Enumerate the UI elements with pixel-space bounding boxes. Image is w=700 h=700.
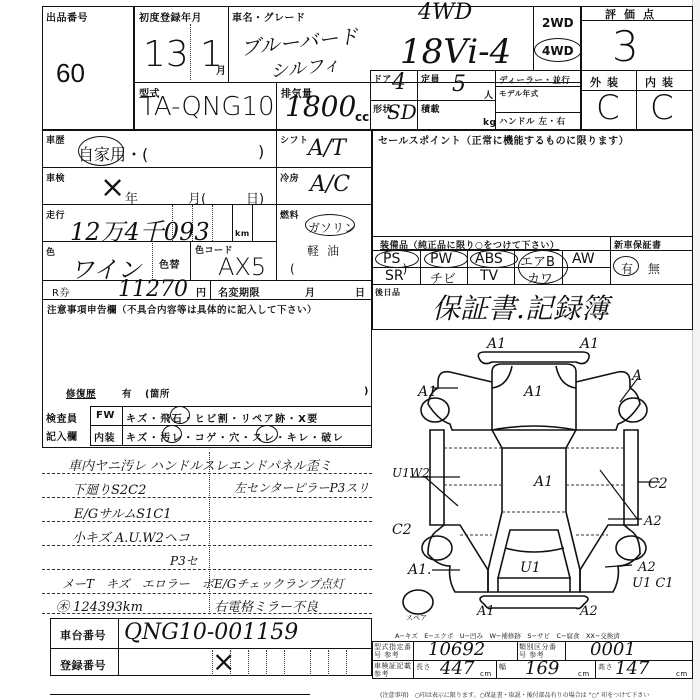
divider (495, 112, 580, 113)
height-label: 高さ (598, 662, 613, 672)
divider (248, 650, 249, 676)
remark-left-6: メーT キズ エロラー ボ (62, 575, 214, 592)
displacement-value: 1800 (285, 90, 356, 123)
divider (310, 650, 311, 676)
divider (372, 236, 693, 237)
length-value: 447 (440, 658, 474, 679)
divider (190, 24, 191, 80)
name-change-day: 日 (355, 284, 366, 299)
repaint-label: 色替 (159, 256, 180, 271)
recycle-label: R券 (52, 284, 70, 299)
name-change-month: 月 (305, 284, 316, 299)
displacement-unit: cc (355, 110, 369, 124)
divider (50, 648, 372, 649)
divider (284, 650, 285, 676)
sales-point-label: セールスポイント（正常に機能するものに限ります） (378, 132, 629, 147)
divider (230, 650, 231, 676)
interior-scuff-circle (256, 425, 278, 443)
warranty-yes-circle (613, 256, 639, 276)
notes-label: 注意事項申告欄（不具合内容等は具体的に記入して下さい） (47, 302, 317, 316)
divider (42, 241, 276, 242)
shift-label: シフト (280, 133, 309, 146)
equip-aw: AW (572, 251, 595, 267)
chassis-value: QNG10-001159 (124, 620, 298, 645)
remark-right-6: E/Gチェックランプ点灯 (214, 575, 344, 592)
width-value: 169 (525, 658, 559, 679)
divider (533, 6, 534, 70)
remark-left-1: 車内ヤニ汚レ ハンドルスレ (68, 455, 228, 474)
divider (565, 641, 566, 660)
divider (276, 82, 277, 130)
dims-label: 車検証記載 参考 (374, 662, 412, 678)
damage-rear-bumper-right: A2 (580, 604, 598, 619)
history-circle (78, 136, 124, 166)
remark-right-2: 左センターピラーP3スリ (234, 479, 369, 496)
damage-trunk: U1 (520, 560, 541, 576)
damage-rear-bumper-left: A1 (477, 604, 495, 619)
divider (417, 70, 418, 130)
handle-label: ハンドル 左・右 (499, 115, 565, 127)
fw-label: FW (96, 410, 115, 421)
fw-items: キズ・飛石・ヒビ割・リペア跡・X要 (126, 410, 319, 425)
height-value: 147 (615, 658, 649, 679)
registration-value: × (212, 645, 235, 678)
divider (133, 6, 135, 130)
damage-right-rear-door: A2 (644, 514, 662, 529)
height-unit: cm (676, 670, 688, 678)
divider (190, 241, 191, 280)
load-unit: kg (483, 118, 496, 128)
damage-right-front-fender: A (632, 368, 642, 384)
remark-left-7: ㊍ 124393km (56, 596, 143, 615)
mileage-label: 走行 (46, 208, 65, 221)
divider (346, 650, 347, 676)
model-year-label: モデル年式 (499, 89, 559, 98)
divider (252, 205, 253, 241)
interior-dirt-circle (162, 425, 182, 443)
scan-edge (692, 0, 700, 700)
warranty-no: 無 (648, 260, 660, 277)
equip-sr: SR (385, 268, 404, 284)
width-unit: cm (578, 670, 590, 678)
history-close: ) (258, 142, 264, 161)
inspector-label-2: 記入欄 (46, 428, 78, 443)
divider (90, 425, 372, 426)
capacity-unit: 人 (484, 88, 494, 101)
inspection-label: 車検 (46, 171, 65, 184)
exterior-grade: C (596, 88, 620, 128)
equip-ps-circle (375, 250, 419, 268)
remark-left-2: 下廻りS2C2 (72, 479, 146, 498)
drive-note: 4WD (418, 0, 472, 25)
divider (276, 130, 277, 280)
divider (152, 241, 153, 280)
color-code-value: AX5 (218, 253, 266, 281)
capacity-value: 5 (452, 72, 466, 97)
dealer-label: ディーラー・並行 (499, 74, 570, 86)
vehicle-grade: 18Vi-4 (400, 32, 511, 72)
divider (42, 299, 372, 300)
drive-2wd: 2WD (542, 16, 574, 30)
damage-left-rocker: C2 (392, 522, 412, 538)
divider (42, 593, 372, 594)
spare-label: スペア (406, 613, 427, 623)
divider (232, 205, 233, 241)
doors-value: 4 (392, 70, 406, 95)
remark-right-1: エンドパネル歪ミ (228, 455, 332, 474)
divider (517, 641, 518, 660)
divider (420, 250, 421, 284)
width-label: 幅 (499, 662, 507, 672)
repair-history-label: 修復歴 (66, 386, 96, 400)
divider (122, 406, 123, 446)
recycle-unit: 円 (196, 284, 207, 299)
divider (42, 167, 372, 168)
damage-right-quarter-2: U1 C1 (632, 576, 674, 591)
score-label: 評価点 (605, 6, 662, 22)
score-value: 3 (612, 22, 639, 71)
accessories-label: 後日品 (375, 287, 401, 298)
divider (212, 650, 213, 676)
repair-location-label: (箇所 (145, 386, 170, 400)
load-label: 積載 (421, 102, 440, 115)
damage-hood: A1 (524, 384, 543, 400)
length-unit: cm (480, 670, 492, 678)
divider (118, 618, 119, 676)
divider (495, 86, 580, 87)
doors-label: ドア (373, 72, 392, 85)
type-cert-value: 10692 (428, 639, 485, 660)
divider (580, 6, 582, 130)
inspection-value: × (100, 170, 125, 205)
registration-label: 登録番号 (60, 657, 106, 673)
damage-left-quarter: A1. (408, 562, 431, 578)
divider (467, 250, 468, 284)
divider (228, 6, 229, 82)
model-code-value: TA-QNG10 (140, 92, 275, 122)
drive-4wd-circle (534, 38, 582, 62)
body-shape-value: SD (387, 100, 417, 124)
aircon-value: A/C (310, 172, 350, 197)
month-unit: 月 (216, 62, 227, 77)
divider (210, 280, 211, 299)
accessories-value: 保証書.記録簿 (432, 287, 609, 327)
divider (413, 641, 414, 679)
registration-year: 13 (143, 34, 189, 75)
mileage-unit: km (235, 229, 250, 238)
divider (372, 284, 693, 285)
damage-right-quarter: A2 (638, 560, 656, 575)
lot-label: 出品番号 (46, 9, 88, 24)
divider (610, 236, 611, 284)
chassis-label: 車台番号 (60, 627, 106, 643)
lot-number: 60 (56, 58, 85, 89)
equip-tv: TV (480, 268, 498, 284)
damage-left-front-fender: A1 (418, 384, 437, 400)
divider (595, 660, 596, 679)
interior-items-label: 内装 (94, 429, 115, 444)
length-label: 長さ (416, 662, 431, 672)
class-code-value: 0001 (590, 639, 636, 660)
divider (42, 569, 372, 570)
fuel-gasoline-circle (305, 214, 355, 236)
equip-airbag-leather-circle (518, 250, 568, 284)
fuel-label: 燃料 (280, 208, 299, 221)
footer-note: (注意事項) ○印は表示に限ります。○保証書・取説・後付部品有りの場合は "○"… (380, 690, 649, 699)
interior-grade: C (650, 88, 674, 128)
type-cert-label: 型式指定番号 参考 (374, 643, 412, 659)
repair-location-close: ) (364, 386, 369, 397)
first-registration-label: 初度登録年月 (139, 9, 202, 24)
damage-front-bumper-left: A1 (487, 336, 506, 352)
inspector-label-1: 検査員 (46, 410, 78, 425)
divider (266, 650, 267, 676)
remark-left-4: 小キズ A.U.W2ヘコ (72, 527, 190, 546)
divider (496, 660, 497, 679)
capacity-label: 定員 (421, 72, 440, 85)
fuel-option-diesel: 軽油 (307, 242, 347, 259)
equip-pw-circle (424, 250, 468, 268)
damage-right-door: C2 (648, 476, 668, 492)
divider (328, 650, 329, 676)
divider (212, 205, 213, 241)
divider (636, 70, 637, 130)
divider (42, 280, 372, 281)
history-label: 車歴 (46, 133, 65, 146)
remark-left-5: P3セ (170, 552, 198, 569)
remark-left-3: E/GサルムS1C1 (74, 503, 171, 522)
interior-items: キズ・汚レ・コゲ・穴・スレ・キレ・破レ (126, 429, 344, 444)
damage-roof: A1 (534, 474, 553, 490)
damage-front-bumper-right: A1 (580, 336, 599, 352)
color-label: 色 (46, 245, 56, 258)
class-code-label: 類別区分番号 参考 (519, 643, 563, 659)
fw-chip-circle (170, 406, 190, 424)
equip-abs-circle (470, 250, 518, 268)
shift-value: A/T (308, 136, 346, 161)
damage-left-front-door: U1W2 (392, 466, 430, 480)
divider (50, 694, 310, 695)
aircon-label: 冷房 (280, 171, 299, 184)
divider (42, 204, 372, 205)
name-change-label: 名変期限 (218, 284, 260, 299)
vehicle-label: 車名・グレード (232, 9, 306, 24)
repair-history-value: 有 (122, 386, 132, 400)
remark-right-7: 右電格ミラー不良 (214, 596, 318, 615)
